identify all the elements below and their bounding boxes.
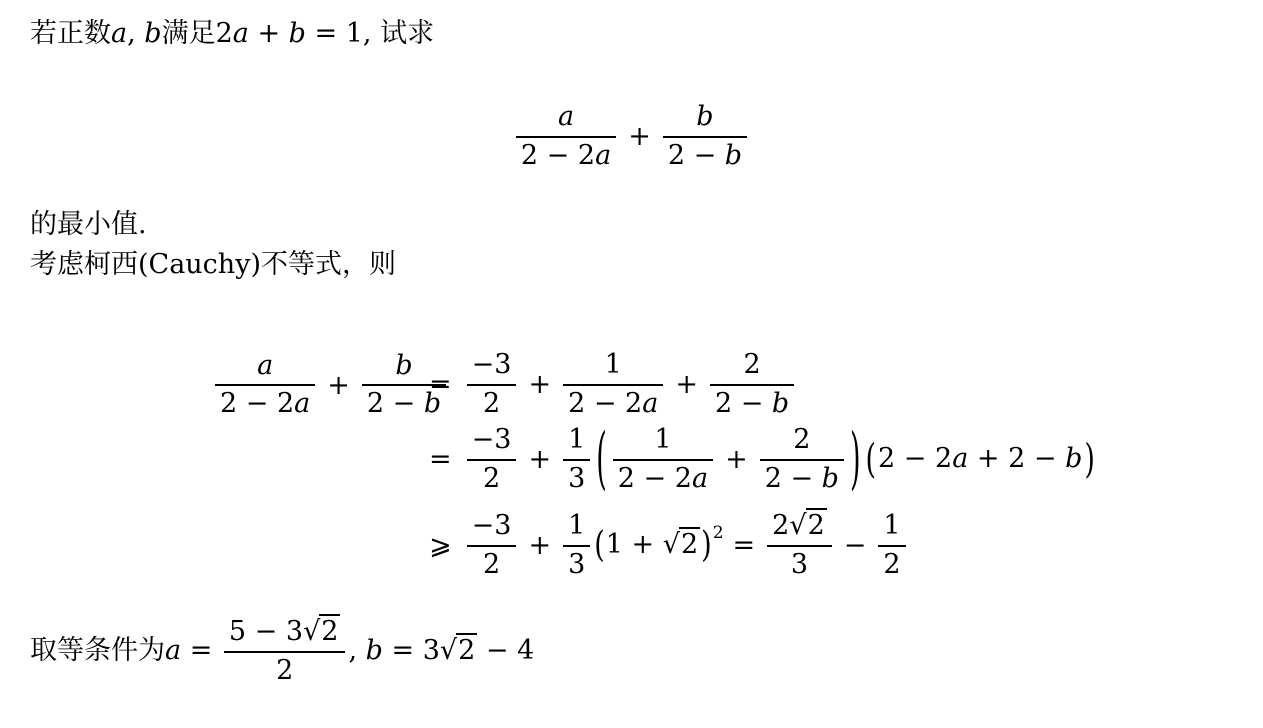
- sqrt-radical: √: [789, 510, 806, 541]
- equals-sign: =: [429, 347, 452, 422]
- plus-sign: +: [327, 348, 350, 423]
- numerator: 1: [563, 510, 590, 544]
- sqrt-radicand: 2: [806, 508, 827, 541]
- numerator: 1: [563, 349, 663, 383]
- var-b: b: [366, 635, 383, 666]
- intro-text-1: 若正数: [30, 18, 111, 49]
- den-var: a: [595, 140, 611, 171]
- fraction: −32: [467, 510, 517, 581]
- geqslant-sign: ⩾: [429, 508, 452, 583]
- plus-sign: +: [528, 422, 551, 497]
- numerator: −3: [467, 349, 517, 383]
- cauchy-line: 考虑柯西(Cauchy)不等式，则: [30, 247, 396, 283]
- denominator: 2: [467, 459, 517, 495]
- fraction: 5 − 3√22: [224, 616, 346, 687]
- numerator: 1: [563, 424, 590, 458]
- numerator: b: [663, 101, 747, 135]
- den-var: a: [294, 388, 310, 419]
- coeff-2: 2: [216, 18, 233, 49]
- plus-sign: +: [528, 347, 551, 422]
- sqrt-radicand: 2: [679, 527, 700, 560]
- numerator: 5 − 3√2: [224, 616, 346, 650]
- conclusion-text: 取等条件为: [30, 635, 165, 666]
- plus-sign: +: [528, 508, 551, 583]
- fraction: 13: [563, 510, 590, 581]
- den-text: 2 − 2: [618, 463, 692, 494]
- derivation-row-2: =−32+13(12 − 2a+22 − b)(2 − 2a + 2 − b): [212, 421, 1097, 496]
- den-var: b: [822, 463, 839, 494]
- denominator: 2: [467, 384, 517, 420]
- comma: ,: [348, 635, 365, 666]
- denominator: 2 − 2a: [215, 384, 315, 420]
- group-text: + 2 −: [968, 443, 1065, 474]
- equals-sign: =: [181, 635, 221, 666]
- left-paren: (: [594, 497, 605, 595]
- sqrt-radicand: 2: [319, 614, 340, 647]
- denominator: 2 − b: [663, 136, 747, 172]
- comma: ,: [127, 18, 144, 49]
- document-page: 若正数a, b满足2a + b = 1, 试求 a2 − 2a+b2 − b 的…: [0, 0, 1263, 728]
- right-paren: ): [1084, 403, 1095, 516]
- numerator: a: [215, 350, 315, 384]
- big-right-paren: ): [850, 366, 861, 554]
- intro-line: 若正数a, b满足2a + b = 1, 试求: [30, 16, 434, 52]
- plus-sign: +: [249, 18, 289, 49]
- equals-sign: =: [429, 422, 452, 497]
- var-b: b: [1065, 443, 1082, 474]
- fraction: 12 − 2a: [563, 349, 663, 420]
- exponent-2: 2: [713, 523, 724, 543]
- var-a: a: [952, 443, 968, 474]
- numerator: 1: [878, 510, 905, 544]
- numerator: a: [516, 101, 616, 135]
- denominator: 3: [563, 459, 590, 495]
- square-root: √2: [440, 635, 477, 666]
- square-root: √2: [303, 616, 340, 647]
- denominator: 2: [467, 545, 517, 581]
- fraction: 2√23: [767, 510, 832, 581]
- denominator: 2: [878, 545, 905, 581]
- numerator: 2√2: [767, 510, 832, 544]
- fraction: a2 − 2a: [215, 350, 315, 421]
- den-text: 2 −: [668, 140, 725, 171]
- var-a: a: [165, 635, 181, 666]
- numerator: −3: [467, 510, 517, 544]
- fraction: b2 − b: [663, 101, 747, 172]
- sqrt-radical: √: [303, 616, 320, 647]
- fraction: 22 − b: [760, 424, 844, 495]
- sqrt-radicand: 2: [456, 633, 477, 666]
- one-plus-text: 1 +: [606, 529, 663, 560]
- display-equation: a2 − 2a+b2 − b: [0, 100, 1263, 172]
- numerator: 1: [613, 424, 713, 458]
- fraction: −32: [467, 349, 517, 420]
- min-value-line: 的最小值.: [30, 207, 147, 243]
- equals-text: = 3: [383, 635, 440, 666]
- denominator: 2 − 2a: [613, 459, 713, 495]
- intro-text-3: 试求: [372, 18, 435, 49]
- plus-sign: +: [725, 422, 748, 497]
- square-root: √2: [789, 510, 826, 541]
- den-var: a: [692, 463, 708, 494]
- fraction: 22 − b: [710, 349, 794, 420]
- denominator: 2 − 2a: [516, 136, 616, 172]
- fraction: a2 − 2a: [516, 101, 616, 172]
- fraction: 12 − 2a: [613, 424, 713, 495]
- num-text: 2: [772, 510, 789, 541]
- den-var: b: [725, 140, 742, 171]
- denominator: 3: [767, 545, 832, 581]
- denominator: 2 − b: [760, 459, 844, 495]
- den-text: 2 − 2: [521, 140, 595, 171]
- var-a: a: [111, 18, 127, 49]
- den-text: 2 −: [765, 463, 822, 494]
- numerator: −3: [467, 424, 517, 458]
- den-text: 2 −: [715, 388, 772, 419]
- sqrt-radical: √: [440, 635, 457, 666]
- var-a: a: [233, 18, 249, 49]
- minus-four-text: − 4: [477, 635, 534, 666]
- den-text: 2 − 2: [220, 388, 294, 419]
- den-text: 2 −: [367, 388, 424, 419]
- lhs-expression: a2 − 2a+b2 − b: [212, 347, 417, 423]
- right-paren: ): [701, 497, 712, 595]
- denominator: 2 − b: [710, 384, 794, 420]
- group-text: 2 − 2: [878, 443, 952, 474]
- plus-sign: +: [628, 101, 651, 173]
- fraction: 12: [878, 510, 905, 581]
- intro-text-2: 满足: [162, 18, 216, 49]
- fraction: 13: [563, 424, 590, 495]
- denominator: 2: [224, 651, 346, 687]
- sqrt-radical: √: [663, 529, 680, 560]
- derivation-row-1: a2 − 2a+b2 − b=−32+12 − 2a+22 − b: [212, 346, 1097, 421]
- den-var: b: [772, 388, 789, 419]
- left-paren: (: [866, 403, 877, 516]
- derivation-row-3: ⩾−32+13(1 + √2)2=2√23−12: [212, 496, 1097, 571]
- numerator: 2: [760, 424, 844, 458]
- num-text: 5 − 3: [229, 616, 303, 647]
- equals-one: = 1,: [306, 18, 372, 49]
- var-b: b: [144, 18, 161, 49]
- equals-sign: =: [733, 508, 756, 583]
- fraction: −32: [467, 424, 517, 495]
- conclusion-line: 取等条件为a = 5 − 3√22, b = 3√2 − 4: [30, 612, 534, 690]
- denominator: 2 − 2a: [563, 384, 663, 420]
- plus-sign: +: [675, 347, 698, 422]
- square-root: √2: [663, 529, 700, 560]
- den-var: a: [642, 388, 658, 419]
- derivation-block: a2 − 2a+b2 − b=−32+12 − 2a+22 − b =−32+1…: [212, 346, 1097, 571]
- numerator: 2: [710, 349, 794, 383]
- denominator: 3: [563, 545, 590, 581]
- var-b: b: [289, 18, 306, 49]
